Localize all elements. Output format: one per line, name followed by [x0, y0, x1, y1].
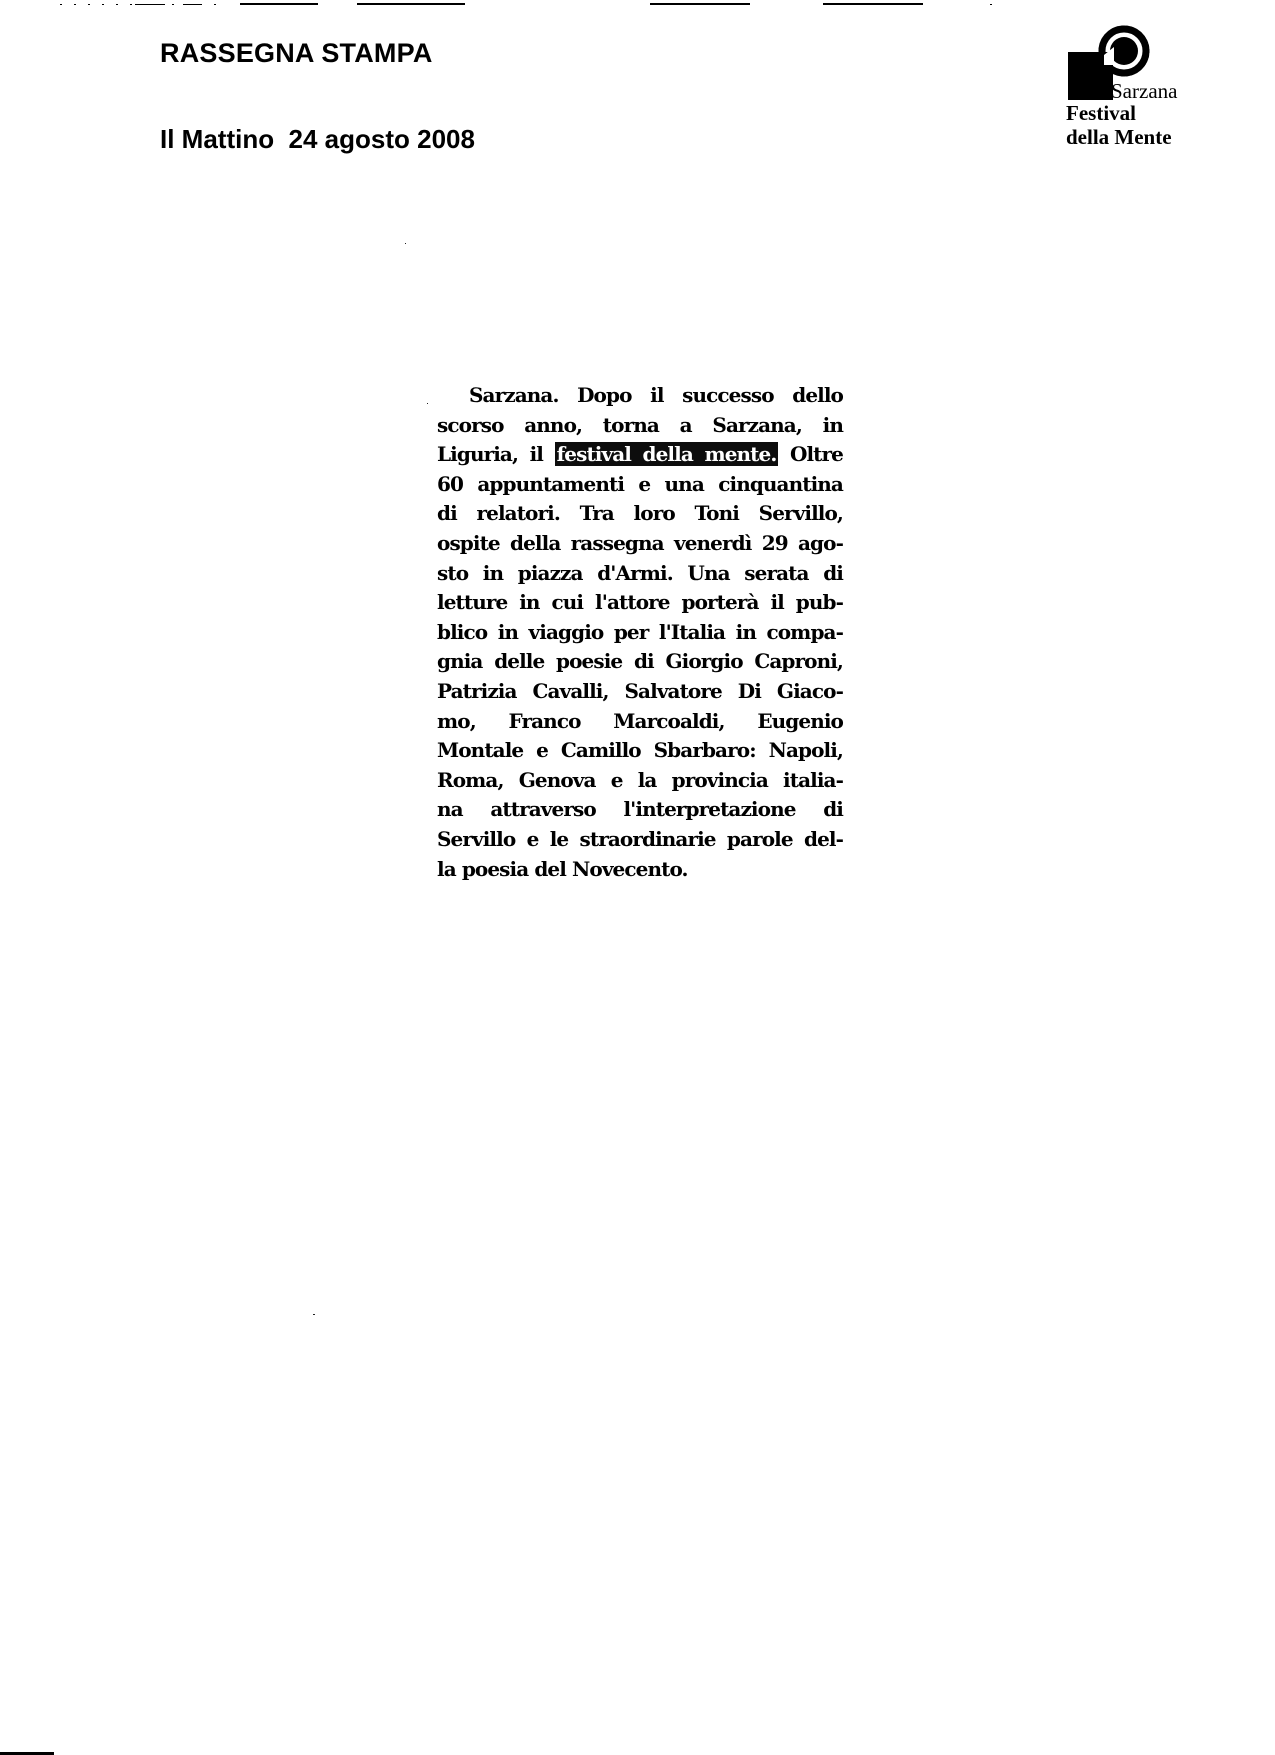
article-line: blico in viaggio per l'Italia in compa-	[437, 618, 843, 648]
article-line: Sarzana. Dopo il successo dello	[437, 381, 843, 411]
article-text: Oltre	[778, 442, 843, 466]
article-line: gnia delle poesie di Giorgio Caproni,	[437, 647, 843, 677]
scan-line	[240, 3, 318, 5]
article-line: di relatori. Tra loro Toni Servillo,	[437, 499, 843, 529]
article-line: 60 appuntamenti e una cinquantina	[437, 470, 843, 500]
article-line: ospite della rassegna venerdì 29 ago-	[437, 529, 843, 559]
article-clipping: Sarzana. Dopo il successo dello scorso a…	[437, 381, 843, 884]
article-line-highlighted: Liguria, il festival della mente. Oltre	[437, 440, 843, 470]
logo-della-mente: della Mente	[1066, 127, 1172, 148]
logo-festival: Festival	[1066, 103, 1136, 124]
highlighted-phrase: festival della mente.	[555, 442, 779, 466]
article-line: sto in piazza d'Armi. Una serata di	[437, 559, 843, 589]
source-and-date: Il Mattino 24 agosto 2008	[160, 124, 475, 155]
logo-sarzana: Sarzana	[1111, 81, 1177, 102]
document-title: RASSEGNA STAMPA	[160, 38, 433, 69]
scan-speck	[427, 403, 428, 404]
scan-line	[650, 3, 750, 5]
article-line: na attraverso l'interpretazione di	[437, 795, 843, 825]
festival-logo: Sarzana Festival della Mente	[1066, 25, 1226, 155]
scan-speck	[405, 243, 406, 244]
article-line: Servillo e le straordinarie parole del-	[437, 825, 843, 855]
article-line: mo, Franco Marcoaldi, Eugenio	[437, 707, 843, 737]
scan-line	[183, 4, 200, 5]
article-line: Patrizia Cavalli, Salvatore Di Giaco-	[437, 677, 843, 707]
article-line: Roma, Genova e la provincia italia-	[437, 766, 843, 796]
scan-line	[823, 3, 923, 5]
article-line: scorso anno, torna a Sarzana, in	[437, 411, 843, 441]
article-line: la poesia del Novecento.	[437, 855, 843, 885]
article-line: letture in cui l'attore porterà il pub-	[437, 588, 843, 618]
article-text: Liguria, il	[437, 442, 555, 466]
scan-line	[357, 3, 465, 5]
scan-line	[135, 4, 165, 5]
scan-speck	[313, 1314, 315, 1315]
scan-line	[990, 4, 992, 5]
article-line: Montale e Camillo Sbarbaro: Napoli,	[437, 736, 843, 766]
scan-artifacts	[0, 0, 1275, 12]
